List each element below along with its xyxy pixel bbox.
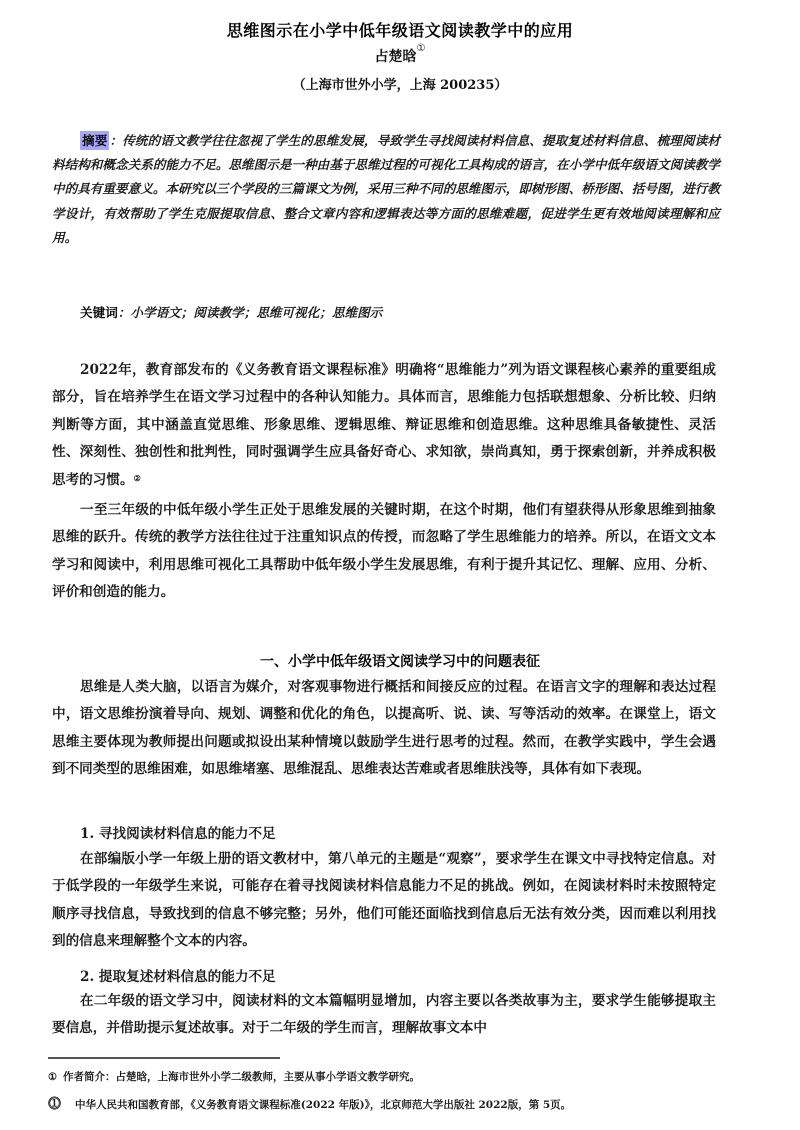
abstract-label: 摘要 — [80, 131, 109, 150]
intro-paragraph-2: 一至三年级的中低年级小学生正处于思维发展的关键时期，在这个时期，他们有望获得从形… — [52, 497, 716, 607]
affiliation: （上海市世外小学，上海 200235） — [0, 74, 800, 93]
intro-paragraph-1-text: 2022年，教育部发布的《义务教育语文课程标准》明确将“思维能力”列为语文课程核… — [52, 362, 716, 488]
footnote-1-marker: ① — [48, 1072, 57, 1083]
document-page: 思维图示在小学中低年级语文阅读教学中的应用 占楚晗① （上海市世外小学，上海 2… — [0, 0, 800, 1130]
subsection-heading-2: 2. 提取复述材料信息的能力不足 — [80, 965, 276, 985]
section-heading-1: 一、小学中低年级语文阅读学习中的问题表征 — [0, 651, 800, 671]
footnote-divider — [48, 1057, 280, 1059]
subsection-2-paragraph: 在二年级的语文学习中，阅读材料的文本篇幅明显增加，内容主要以各类故事为主，要求学… — [52, 988, 716, 1043]
subsection-1-paragraph: 在部编版小学一年级上册的语文教材中，第八单元的主题是“观察”，要求学生在课文中寻… — [52, 846, 716, 956]
footnote-1-text: 作者简介：占楚晗，上海市世外小学二级教师，主要从事小学语文教学研究。 — [63, 1071, 420, 1083]
footnote-2-text: 中华人民共和国教育部，《义务教育语文课程标准(2022 年版)》，北京师范大学出… — [75, 1099, 571, 1111]
author-name: 占楚晗 — [375, 49, 417, 65]
keywords-label: 关键词 — [80, 305, 118, 320]
author-line: 占楚晗① — [0, 46, 800, 66]
footnote-2: ⓵中华人民共和国教育部，《义务教育语文课程标准(2022 年版)》，北京师范大学… — [48, 1093, 571, 1112]
abstract-text: 传统的语文教学往往忽视了学生的思维发展，导致学生寻找阅读材料信息、提取复述材料信… — [52, 133, 720, 245]
keywords: 关键词：小学语文；阅读教学；思维可视化；思维图示 — [80, 302, 382, 321]
keywords-colon: ： — [118, 305, 131, 320]
intro-paragraph-1: 2022年，教育部发布的《义务教育语文课程标准》明确将“思维能力”列为语文课程核… — [52, 357, 716, 494]
subsection-heading-1: 1. 寻找阅读材料信息的能力不足 — [80, 822, 276, 842]
footnote-ref-2[interactable]: ② — [134, 473, 141, 483]
footnote-1: ①作者简介：占楚晗，上海市世外小学二级教师，主要从事小学语文教学研究。 — [48, 1069, 420, 1084]
author-note-marker[interactable]: ① — [417, 43, 426, 54]
keywords-text: 小学语文；阅读教学；思维可视化；思维图示 — [130, 305, 382, 320]
section-1-paragraph: 思维是人类大脑，以语言为媒介，对客观事物进行概括和间接反应的过程。在语言文字的理… — [52, 674, 716, 784]
footnote-2-marker: ⓵ — [48, 1093, 61, 1112]
abstract: 摘要：传统的语文教学往往忽视了学生的思维发展，导致学生寻找阅读材料信息、提取复述… — [52, 129, 720, 250]
paper-title: 思维图示在小学中低年级语文阅读教学中的应用 — [0, 18, 800, 41]
abstract-colon: ： — [109, 133, 122, 148]
